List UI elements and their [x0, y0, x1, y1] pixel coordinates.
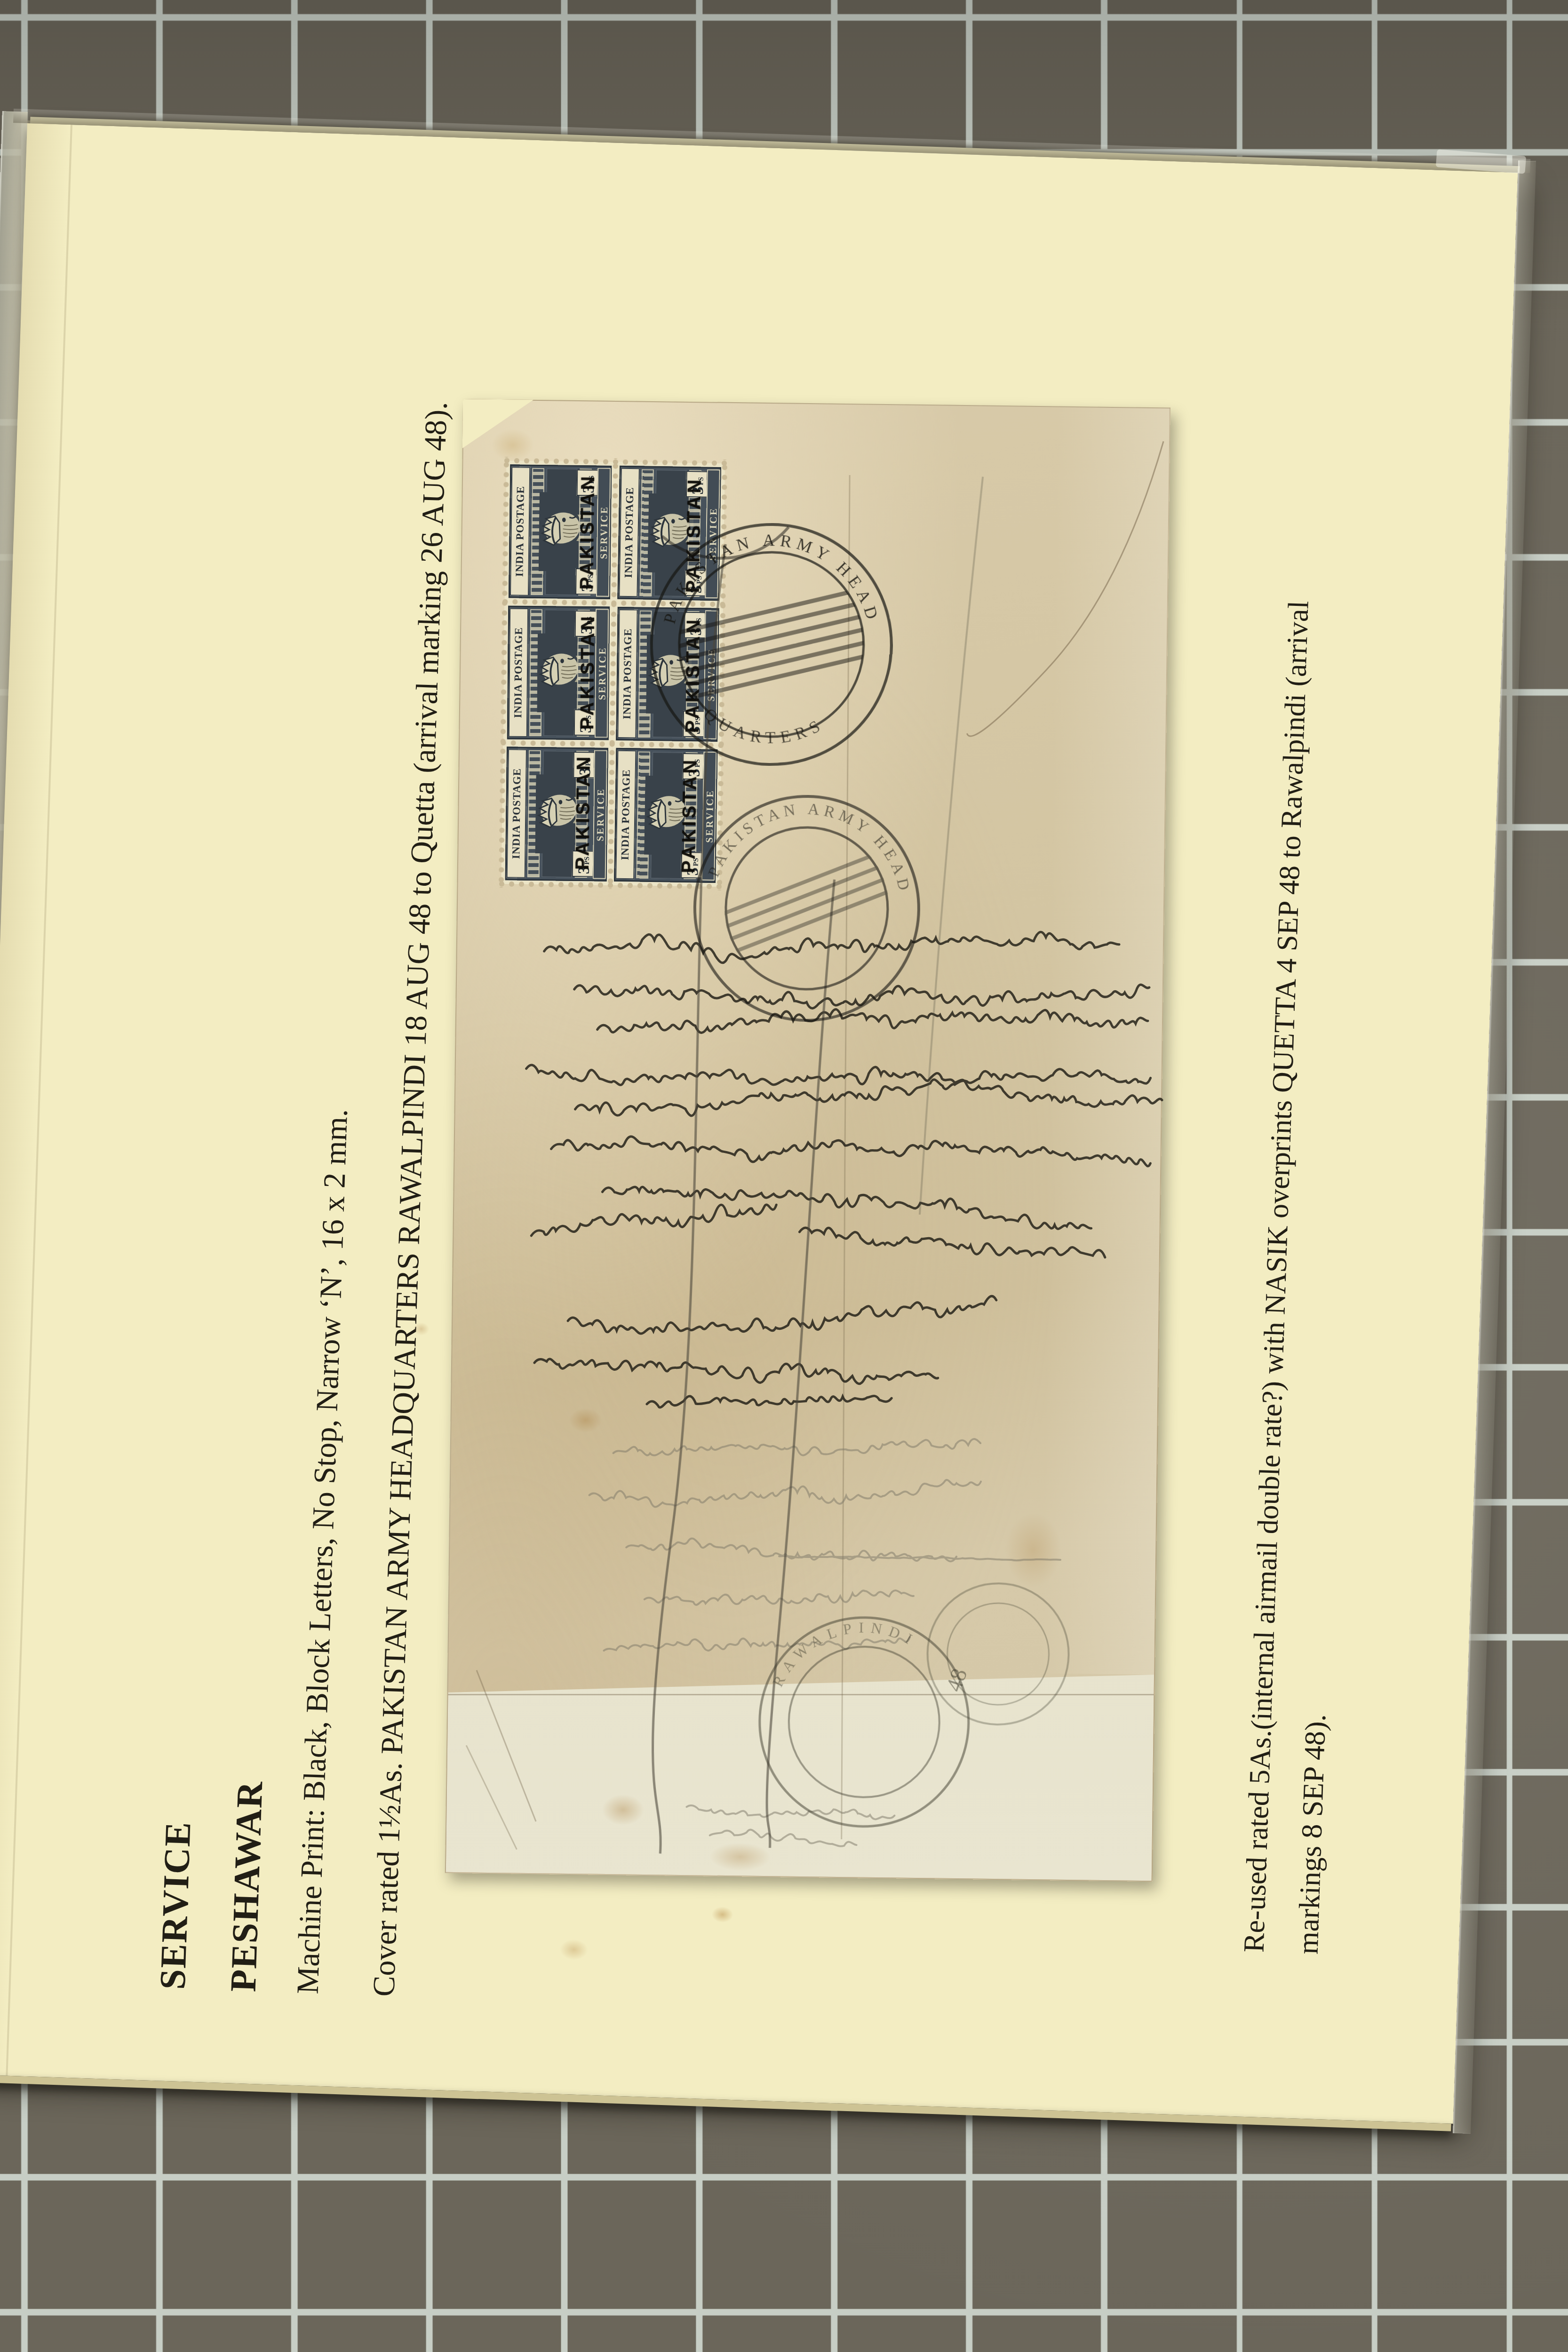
- cover-markings-overlay: PAKISTAN ARMY HEAD QUARTERS PAKISTAN ARM…: [446, 400, 1170, 1881]
- handwriting-stroke: [551, 1136, 1151, 1167]
- foxing-spot: [559, 1939, 588, 1961]
- foxing-spot: [413, 1322, 430, 1336]
- handwriting-stroke: [526, 1063, 1162, 1107]
- handwriting-stroke: [613, 1435, 980, 1460]
- postmark-year: 48: [941, 1665, 972, 1694]
- handwriting-stroke: [710, 1829, 857, 1847]
- partial-postmark-arc: [593, 342, 848, 596]
- handwriting-stroke: [604, 1634, 910, 1654]
- arrival-postmark: RAWALPINDI 48: [758, 1581, 1069, 1829]
- handwriting-stroke: [544, 926, 1120, 968]
- annotation-reused-line2: markings 8 SEP 48).: [1291, 1714, 1333, 1955]
- svg-text:PAKISTAN ARMY HEAD: PAKISTAN ARMY HEAD: [660, 529, 884, 628]
- annotation-machine-print: Machine Print: Black, Block Letters, No …: [290, 1108, 355, 1994]
- handwriting-stroke: [602, 1186, 1092, 1229]
- handwriting-stroke: [589, 1476, 981, 1511]
- handwriting-stroke: [568, 1291, 996, 1338]
- army-headquarters-postmark: PAKISTAN ARMY HEAD QUARTERS: [650, 523, 893, 766]
- handwriting-stroke: [531, 1202, 776, 1239]
- postal-cover: INDIA POSTAGE 3PS 3PS SERVICE PAKISTAN I…: [445, 399, 1170, 1882]
- page-heading: SERVICE: [151, 1820, 199, 1990]
- handwriting-stroke: [645, 1588, 914, 1608]
- svg-text:QUARTERS: QUARTERS: [700, 704, 828, 748]
- album-page: SERVICE PESHAWAR Machine Print: Black, B…: [0, 123, 1518, 2124]
- page-subheading: PESHAWAR: [222, 1780, 271, 1993]
- postmark-arc-text-bottom: QUARTERS: [700, 704, 828, 748]
- album-page-assembly: SERVICE PESHAWAR Machine Print: Black, B…: [0, 123, 1518, 2124]
- handwriting-stroke: [534, 1359, 938, 1385]
- postmark-arc-text-top: PAKISTAN ARMY HEAD: [660, 529, 884, 628]
- annotation-cover-rated: Cover rated 1½As. PAKISTAN ARMY HEADQUAR…: [366, 401, 454, 1997]
- manuscript-ink-handwriting: [522, 926, 1164, 1414]
- second-army-postmark: PAKISTAN ARMY HEAD: [693, 795, 920, 1022]
- handwriting-stroke: [575, 1063, 1151, 1122]
- foxing-spot: [711, 1906, 733, 1923]
- photo-of-album-page: { "scene": { "mat_color": "#6b665a", "ma…: [0, 0, 1568, 2352]
- handwriting-stroke: [686, 1805, 894, 1820]
- handwriting-stroke: [597, 1005, 1148, 1039]
